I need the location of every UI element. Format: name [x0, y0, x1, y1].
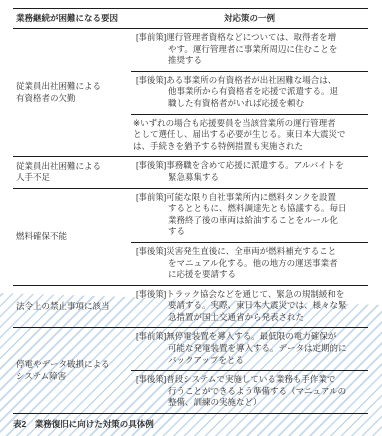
measure-item: [事後策]トラック協会などを通じて、緊急の規制緩和を 要請する。実際、東日本大震… [131, 286, 368, 328]
measure-text: [事後策]事務職を含めて応援に派遣する。アルバイトを 緊急募集する [136, 160, 366, 183]
measure-text: [事後策]トラック協会などを通じて、緊急の規制緩和を 要請する。実際、東日本大震… [136, 289, 366, 324]
table-row: 従業員出社困難による 有資格者の欠勤 [事前策]運行管理者資格などについては、取… [13, 29, 368, 157]
measure-item: [事前策]可能な限り自社事業所内に燃料タンクを設置 するとともに、燃料調達先とも… [131, 189, 368, 242]
table-row: 停電やデータ破損による システム障害 [事前策]無停電装置を導入する。最低限の電… [13, 328, 368, 414]
measure-text: [事後策]普段システムで実施している業務も手作業で 行うことができるよう準備する… [136, 374, 366, 409]
factor-cell: 燃料確保不能 [13, 189, 131, 285]
factor-cell: 従業員出社困難による 有資格者の欠勤 [13, 29, 131, 156]
measure-item: [事後策]事務職を含めて応援に派遣する。アルバイトを 緊急募集する [131, 157, 368, 187]
table-row: 法令上の禁止事項に該当 [事後策]トラック協会などを通じて、緊急の規制緩和を 要… [13, 286, 368, 329]
measure-text: [事後策]災害発生直後に、全車両が燃料補充すること をマニュアル化する。他の地方… [136, 246, 366, 281]
measure-item: [事後策]災害発生直後に、全車両が燃料補充すること をマニュアル化する。他の地方… [131, 242, 368, 285]
measure-text: [事後策]ある事業所の有資格者が出社困難な場合は、 他事業所から有資格者を応援で… [136, 75, 366, 110]
measure-text: [事前策]無停電装置を導入する。最低限の電力確保が 可能な発電装置を導入する。デ… [136, 331, 366, 366]
measure-text: [事前策]可能な限り自社事業所内に燃料タンクを設置 するとともに、燃料調達先とも… [136, 192, 366, 238]
factor-cell: 停電やデータ破損による システム障害 [13, 328, 131, 413]
document-page: 業務継続が困難になる要因 対応策の一例 従業員出社困難による 有資格者の欠勤 [… [0, 0, 382, 436]
measure-text: [事前策]運行管理者資格などについては、取得者を増 やす。運行管理者に事業所周辺… [136, 32, 366, 67]
countermeasures-table: 業務継続が困難になる要因 対応策の一例 従業員出社困難による 有資格者の欠勤 [… [13, 8, 368, 414]
measures-cell: [事前策]運行管理者資格などについては、取得者を増 やす。運行管理者に事業所周辺… [131, 29, 368, 156]
factor-cell: 従業員出社困難による 人手不足 [13, 157, 131, 187]
measure-item: [事後策]普段システムで実施している業務も手作業で 行うことができるよう準備する… [131, 370, 368, 413]
measure-item: [事前策]無停電装置を導入する。最低限の電力確保が 可能な発電装置を導入する。デ… [131, 328, 368, 370]
factor-cell: 法令上の禁止事項に該当 [13, 286, 131, 328]
table-row: 従業員出社困難による 人手不足 [事後策]事務職を含めて応援に派遣する。アルバイ… [13, 157, 368, 188]
measures-cell: [事後策]事務職を含めて応援に派遣する。アルバイトを 緊急募集する [131, 157, 368, 187]
table-row: 燃料確保不能 [事前策]可能な限り自社事業所内に燃料タンクを設置 するとともに、… [13, 189, 368, 286]
table-header-row: 業務継続が困難になる要因 対応策の一例 [13, 9, 368, 29]
header-measures-column: 対応策の一例 [131, 13, 368, 25]
note-text: ※いずれの場合も応援要員を当該営業所の運行管理者 として選任し、届出する必要が生… [133, 118, 366, 153]
measures-cell: [事前策]無停電装置を導入する。最低限の電力確保が 可能な発電装置を導入する。デ… [131, 328, 368, 413]
note-item: ※いずれの場合も応援要員を当該営業所の運行管理者 として選任し、届出する必要が生… [131, 114, 368, 157]
measures-cell: [事後策]トラック協会などを通じて、緊急の規制緩和を 要請する。実際、東日本大震… [131, 286, 368, 328]
measure-item: [事後策]ある事業所の有資格者が出社困難な場合は、 他事業所から有資格者を応援で… [131, 71, 368, 114]
measure-item: [事前策]運行管理者資格などについては、取得者を増 やす。運行管理者に事業所周辺… [131, 29, 368, 71]
header-factor-column: 業務継続が困難になる要因 [13, 13, 131, 25]
measures-cell: [事前策]可能な限り自社事業所内に燃料タンクを設置 するとともに、燃料調達先とも… [131, 189, 368, 285]
table-caption: 表2 業務復旧に向けた対策の具体例 [13, 418, 154, 430]
